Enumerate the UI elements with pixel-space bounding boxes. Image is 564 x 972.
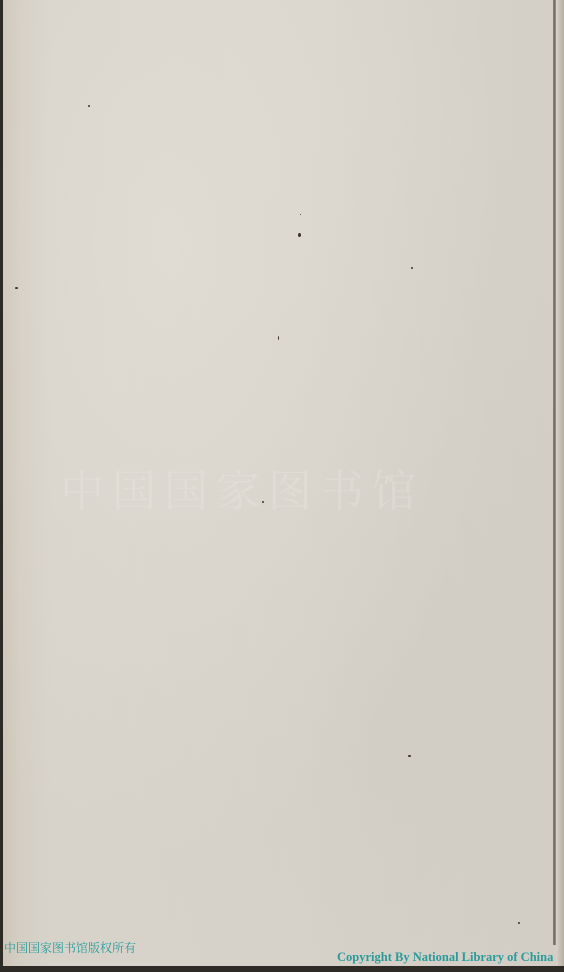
paper-speck <box>278 336 279 340</box>
scanned-page: 中国国家图书馆 中国国家图书馆版权所有 Copyright By Nationa… <box>0 0 564 972</box>
paper-speck <box>300 214 301 215</box>
center-watermark: 中国国家图书馆 <box>60 455 500 515</box>
copyright-en-label: Copyright By National Library of China <box>337 950 553 965</box>
page-right-edge-strip <box>556 0 564 972</box>
paper-speck <box>15 287 18 289</box>
paper-speck <box>408 755 411 757</box>
paper-speck <box>411 267 413 269</box>
paper-speck <box>298 233 301 237</box>
paper-speck <box>88 105 90 107</box>
copyright-cn-label: 中国国家图书馆版权所有 <box>4 939 136 956</box>
page-bottom-edge <box>0 966 564 972</box>
page-fold-shadow <box>3 0 53 972</box>
paper-speck <box>518 922 520 924</box>
